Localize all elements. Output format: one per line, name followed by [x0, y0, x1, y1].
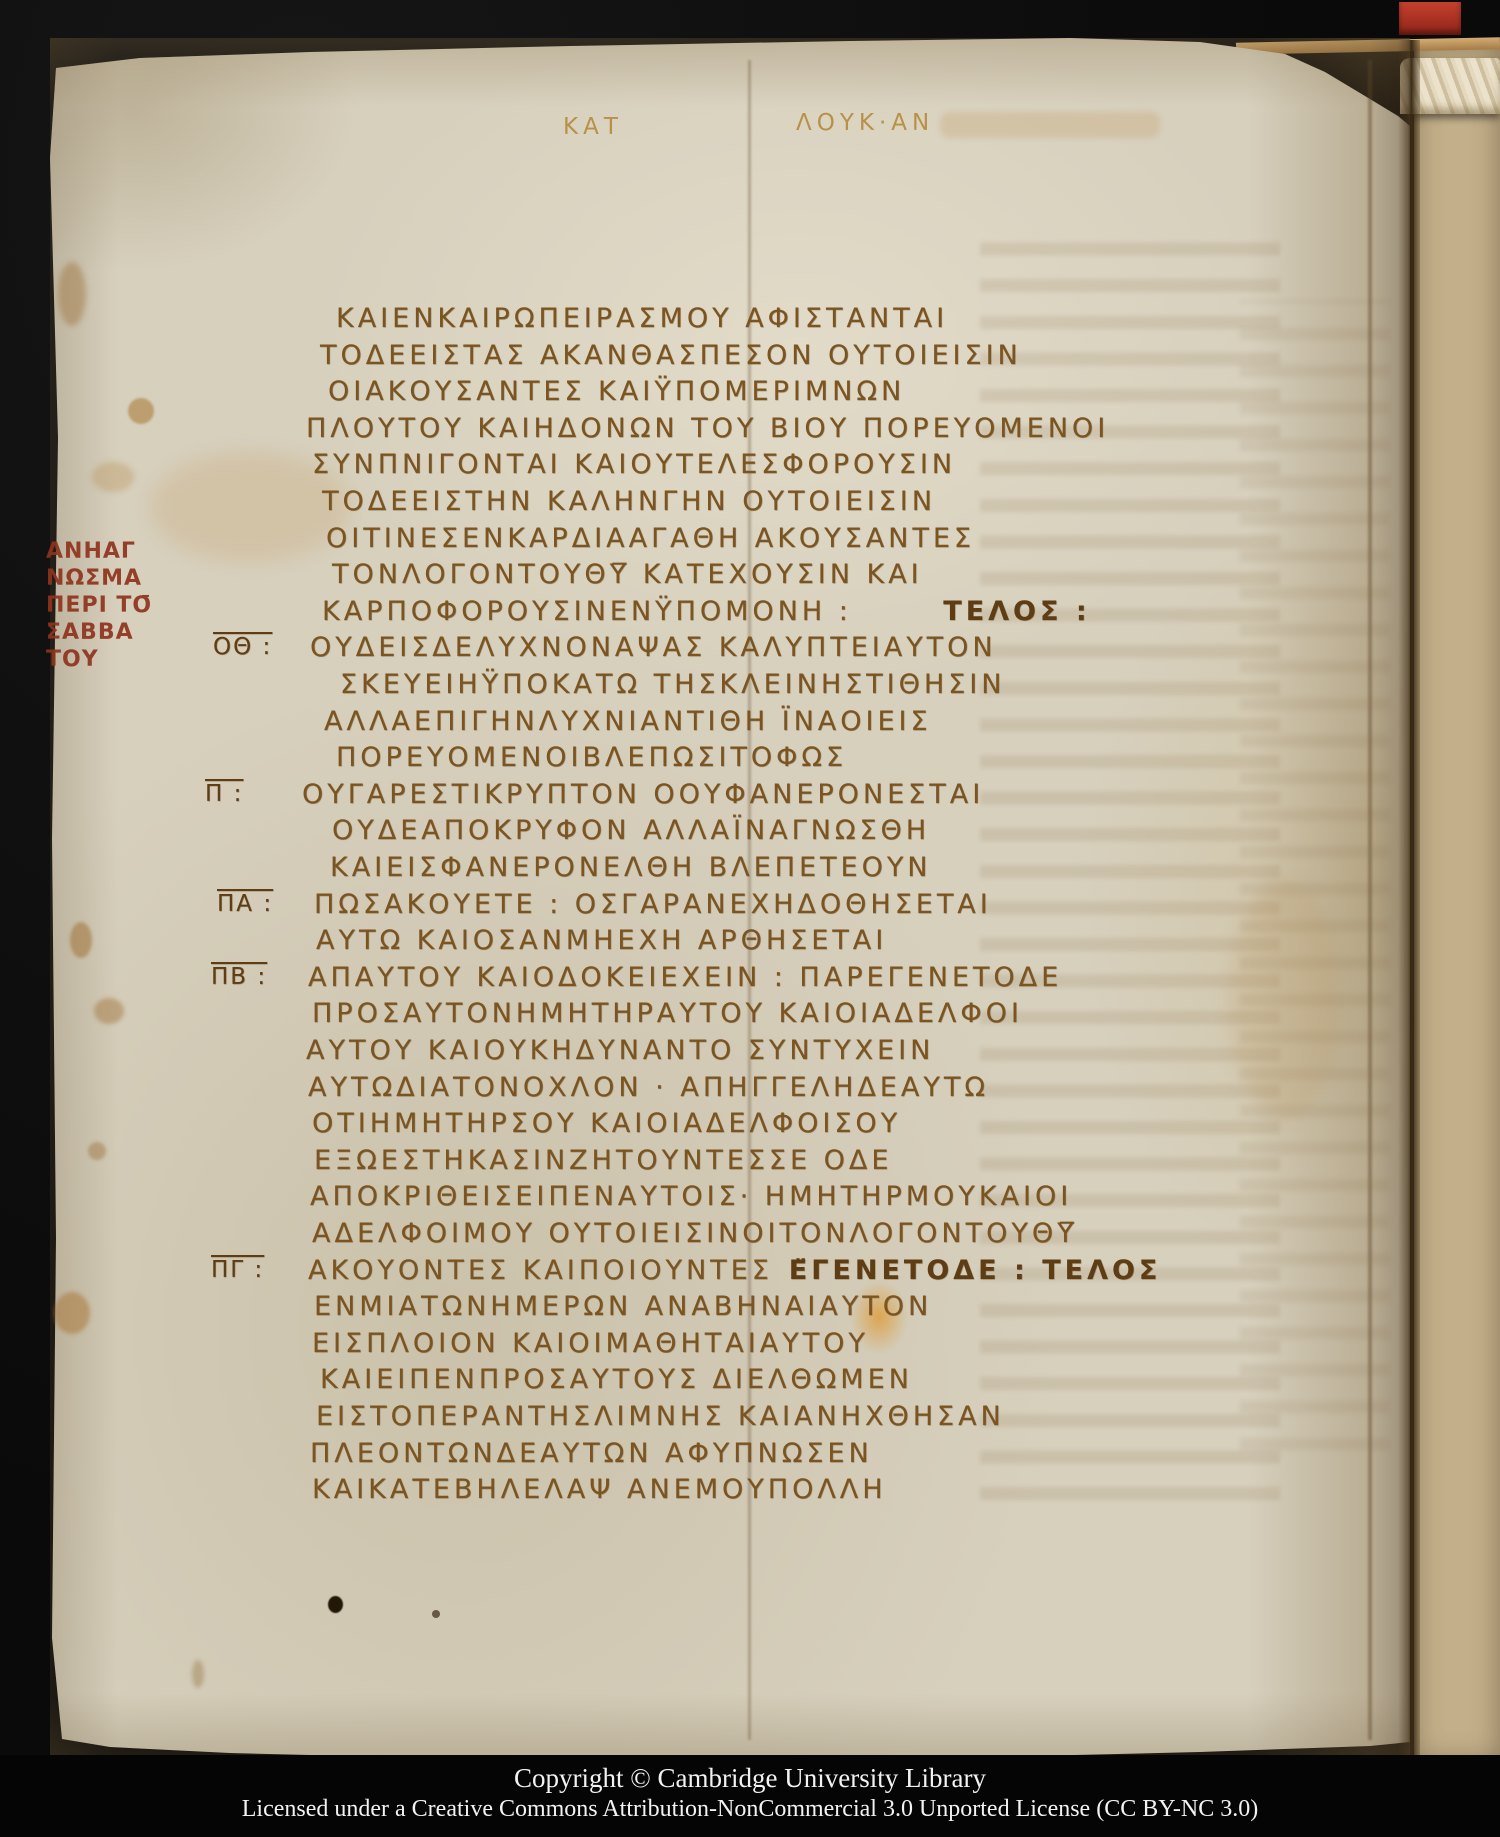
fold-crease	[1368, 60, 1372, 1740]
license-line: Licensed under a Creative Commons Attrib…	[0, 1796, 1500, 1823]
book-fore-edge-leaves	[1414, 46, 1500, 1762]
running-title: ΚΑΤ ΛΟΥΚ·ΑΝ	[0, 110, 1500, 150]
lection-note-line: ΝΩΣΜΑ	[46, 565, 152, 592]
fold-crease	[748, 60, 751, 1740]
manuscript-photo: ΚΑΤ ΛΟΥΚ·ΑΝ ΑΝΗΑΓ ΝΩΣΜΑ ΠΕΡΙ ΤΟ̄ ΣΑΒΒΑ Τ…	[0, 0, 1500, 1837]
red-marker	[1399, 2, 1461, 35]
copyright-line: Copyright © Cambridge University Library	[0, 1763, 1500, 1794]
lection-note-line: ΑΝΗΑΓ	[46, 538, 152, 565]
red-lection-note: ΑΝΗΑΓ ΝΩΣΜΑ ΠΕΡΙ ΤΟ̄ ΣΑΒΒΑ ΤΟΥ	[46, 538, 152, 673]
lection-note-line: ΤΟΥ	[46, 646, 152, 673]
lection-note-line: ΠΕΡΙ ΤΟ̄	[46, 592, 152, 619]
gutter-crease	[1398, 40, 1420, 1762]
running-title-left: ΚΑΤ	[563, 114, 623, 140]
lection-note-line: ΣΑΒΒΑ	[46, 619, 152, 646]
parchment-page	[50, 38, 1410, 1762]
copyright-caption: Copyright © Cambridge University Library…	[0, 1755, 1500, 1837]
running-title-right: ΛΟΥΚ·ΑΝ	[796, 110, 934, 136]
